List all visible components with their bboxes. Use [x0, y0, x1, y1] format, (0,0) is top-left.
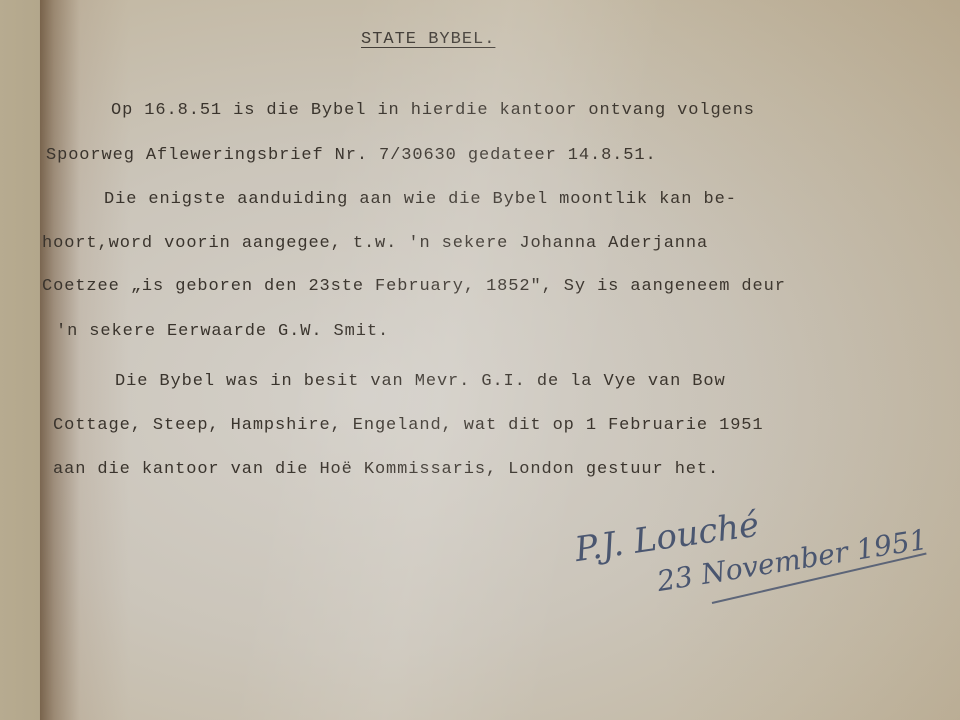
paragraph-3-line-2: Cottage, Steep, Hampshire, Engeland, wat…	[53, 416, 764, 435]
document-title: STATE BYBEL.	[361, 30, 495, 49]
paragraph-1-line-2: Spoorweg Afleweringsbrief Nr. 7/30630 ge…	[46, 146, 657, 165]
paragraph-3-line-1: Die Bybel was in besit van Mevr. G.I. de…	[115, 372, 726, 391]
typed-document-page: STATE BYBEL. Op 16.8.51 is die Bybel in …	[40, 0, 960, 720]
paragraph-3-line-3: aan die kantoor van die Hoë Kommissaris,…	[53, 460, 719, 479]
paragraph-2-line-3: Coetzee „is geboren den 23ste February, …	[42, 277, 786, 296]
paragraph-1-line-1: Op 16.8.51 is die Bybel in hierdie kanto…	[111, 101, 755, 120]
paragraph-2-line-1: Die enigste aanduiding aan wie die Bybel…	[104, 190, 737, 209]
paragraph-2-line-2: hoort,word voorin aangegee, t.w. 'n seke…	[42, 234, 708, 253]
paragraph-2-line-4: 'n sekere Eerwaarde G.W. Smit.	[56, 322, 389, 341]
